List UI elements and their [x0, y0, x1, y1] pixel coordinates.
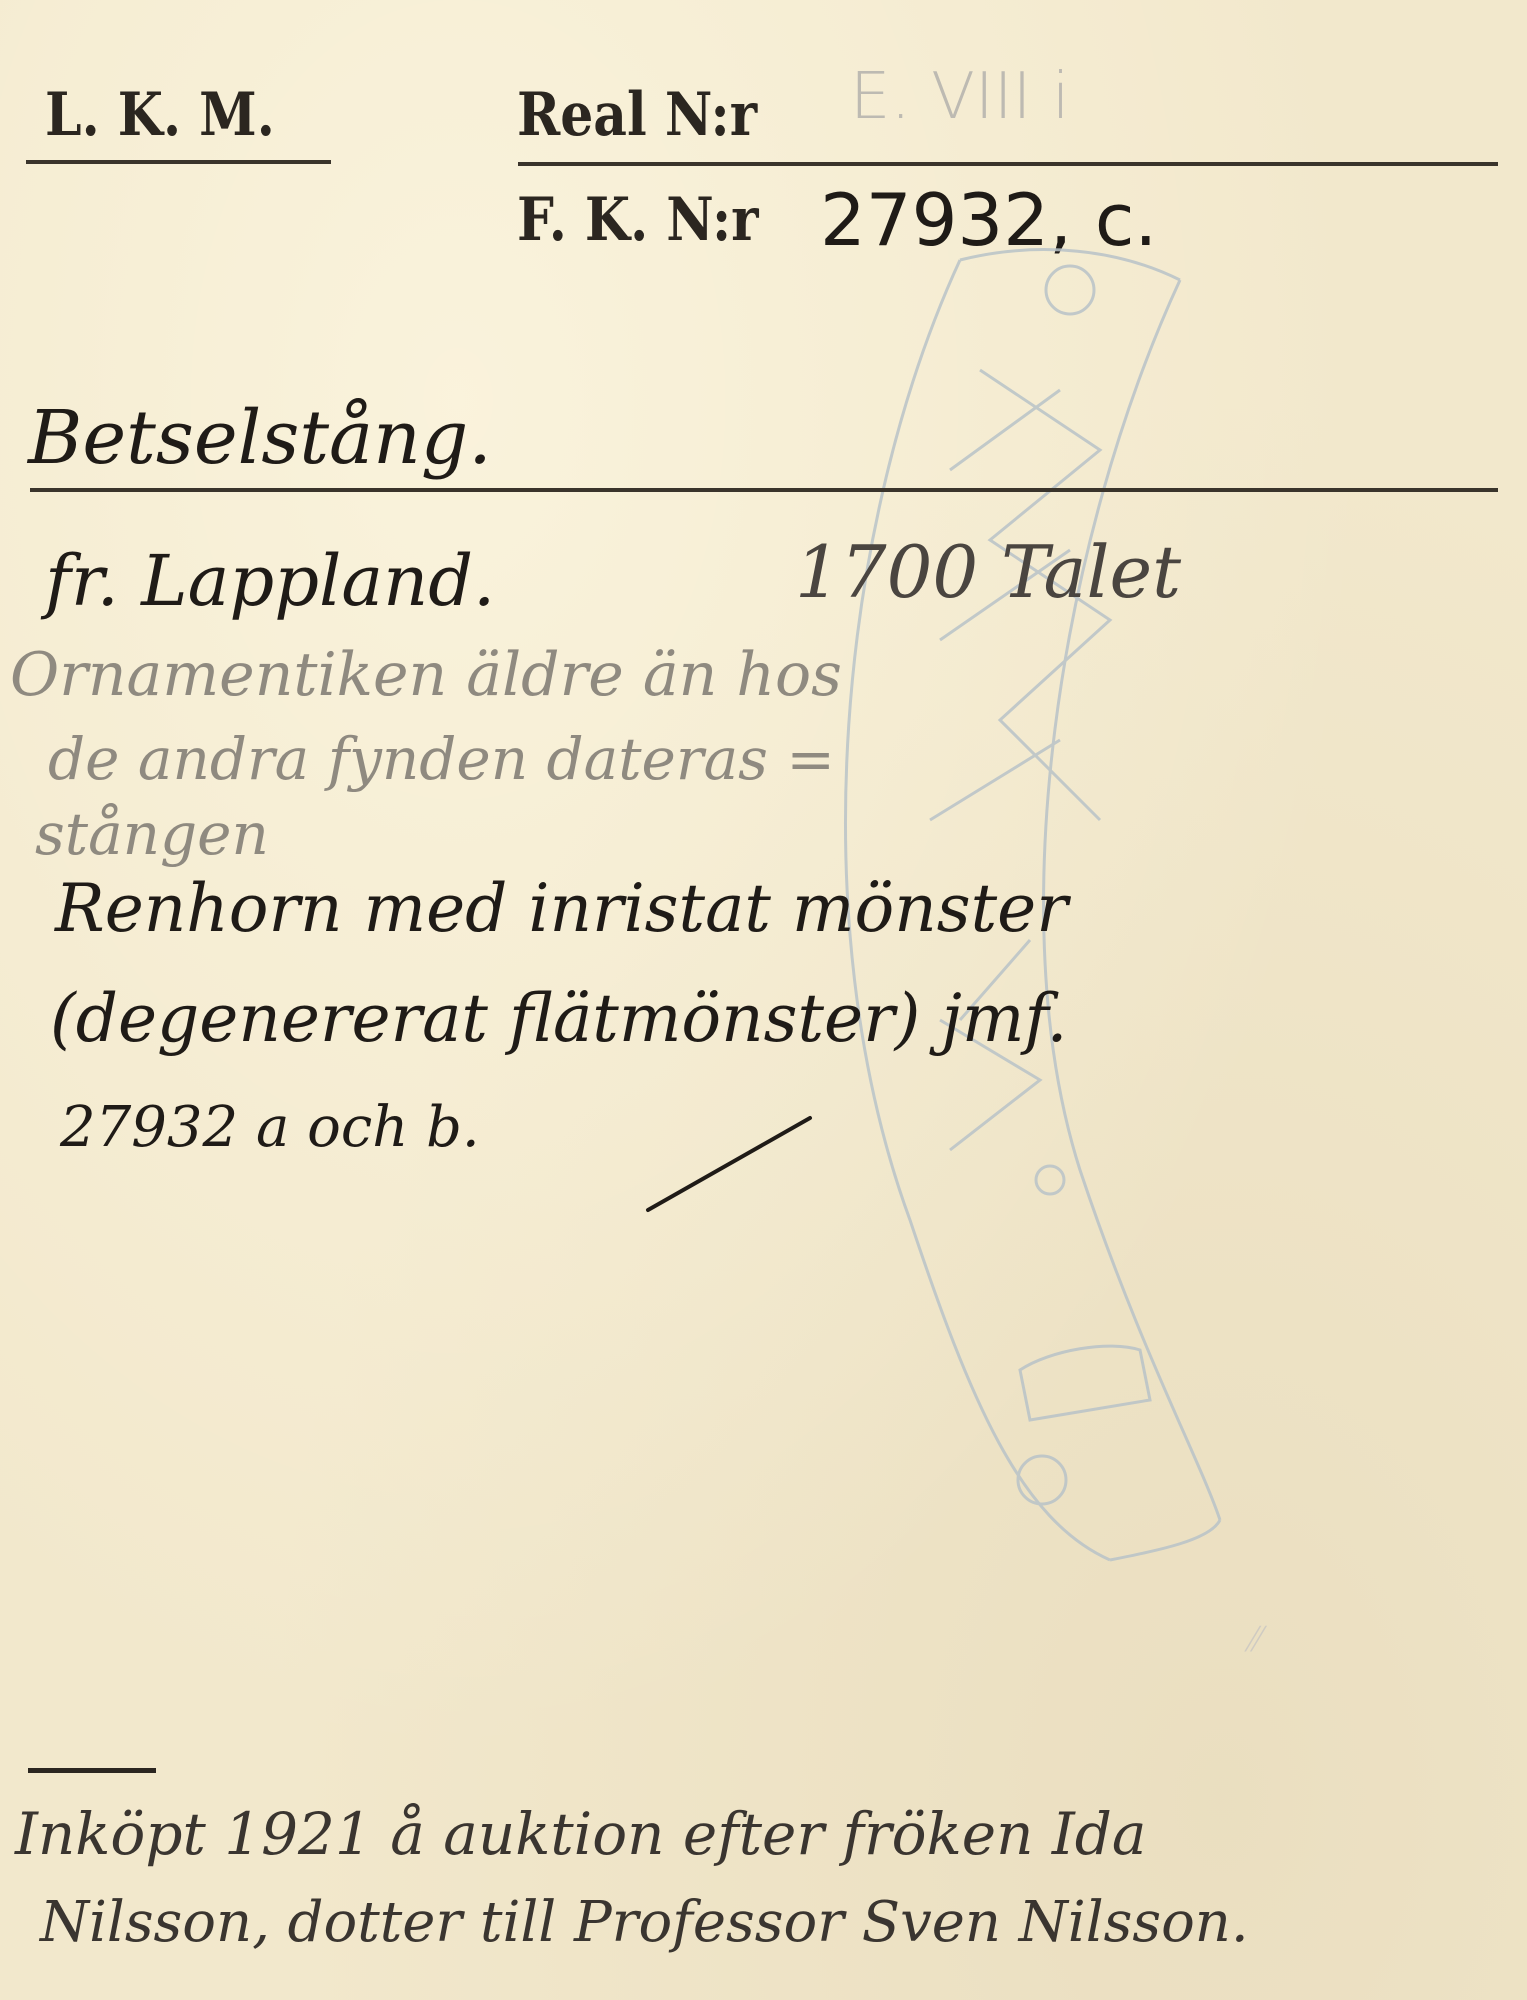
acquisition-line-1: Inköpt 1921 å auktion efter fröken Ida: [15, 1800, 1146, 1868]
real-number-label: Real N:r: [517, 80, 757, 150]
title-rule: [30, 488, 1498, 492]
real-number-value: E. VIII i: [850, 60, 1070, 134]
object-name: Betselstång.: [28, 395, 492, 481]
fk-number-label: F. K. N:r: [517, 185, 759, 255]
description-line-2: (degenererat flätmönster) jmf.: [50, 980, 1068, 1057]
header-rule-left: [26, 160, 331, 164]
header-rule-right: [518, 162, 1498, 166]
description-line-1: Renhorn med inristat mönster: [55, 870, 1068, 947]
faded-note-line-2: de andra fynden dateras =: [48, 725, 835, 793]
footer-dash: [28, 1768, 156, 1773]
pencil-scribble: ⁄⁄: [1250, 1620, 1261, 1660]
acquisition-line-2: Nilsson, dotter till Professor Sven Nils…: [40, 1890, 1249, 1955]
faded-note-line-1: Ornamentiken äldre än hos: [10, 640, 842, 710]
description-line-3: 27932 a och b.: [60, 1095, 480, 1160]
institution-label: L. K. M.: [45, 80, 275, 150]
provenance-line: fr. Lappland.: [45, 540, 495, 622]
closing-stroke-icon: [640, 1110, 820, 1220]
faded-note-line-3: stången: [35, 800, 269, 868]
date-note: 1700 Talet: [795, 530, 1181, 614]
